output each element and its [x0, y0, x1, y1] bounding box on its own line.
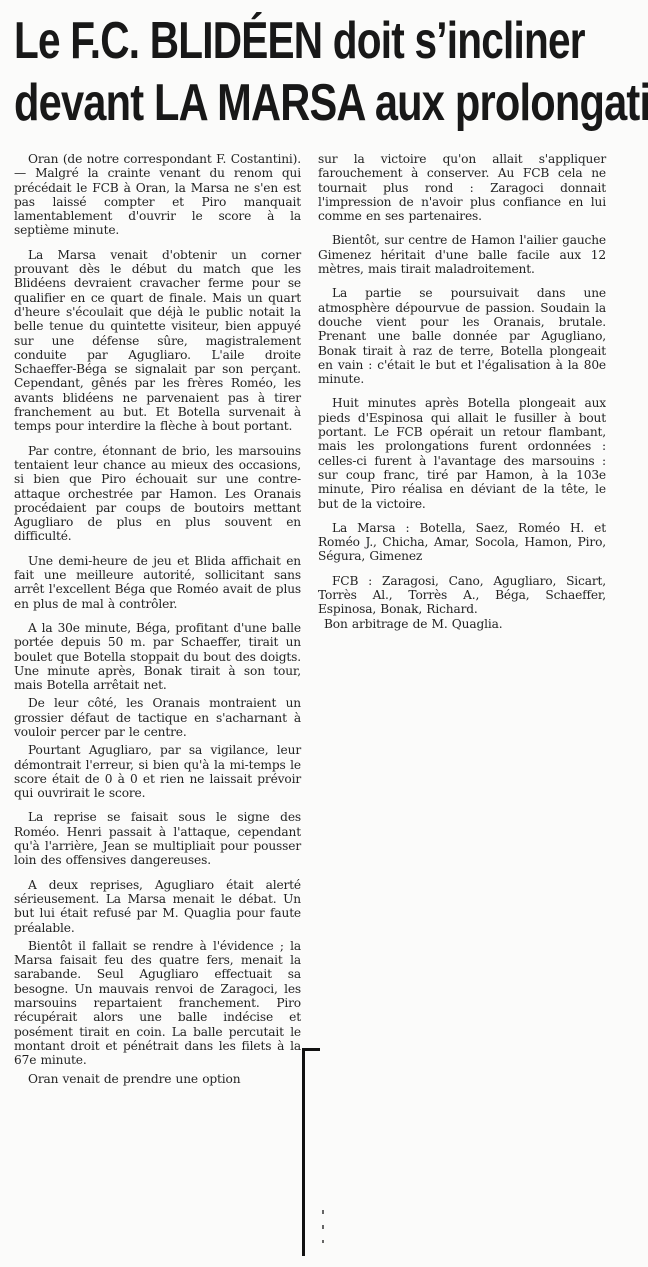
- referee-note: Bon arbitrage de M. Quaglia.: [318, 617, 606, 631]
- paragraph: Par contre, étonnant de brio, les marsou…: [14, 444, 301, 544]
- paragraph: Huit minutes après Botella plongeait aux…: [318, 396, 606, 510]
- paragraph: La partie se poursuivait dans une atmosp…: [318, 286, 606, 386]
- paragraph: Pourtant Agugliaro, par sa vigilance, le…: [14, 743, 301, 800]
- headline-line-1: Le F.C. BLIDÉEN doit s’incliner: [14, 10, 482, 72]
- lineup-fcb: FCB : Zaragosi, Cano, Agugliaro, Sicart,…: [318, 574, 606, 617]
- paragraph-continued: Oran venait de prendre une option: [14, 1072, 301, 1086]
- paragraph-intro: Oran (de notre correspondant F. Costanti…: [14, 152, 301, 238]
- newspaper-clipping: Le F.C. BLIDÉEN doit s’incliner devant L…: [0, 0, 648, 1267]
- paragraph: De leur côté, les Oranais montraient un …: [14, 696, 301, 739]
- column-divider-rule: [302, 1048, 305, 1256]
- paragraph: A deux reprises, Agugliaro était alerté …: [14, 878, 301, 935]
- lineup-la-marsa: La Marsa : Botella, Saez, Roméo H. et Ro…: [318, 521, 606, 564]
- article-column-left: Oran (de notre correspondant F. Costanti…: [14, 152, 301, 1086]
- paragraph: La Marsa venait d'obtenir un corner prou…: [14, 248, 301, 434]
- paragraph: La reprise se faisait sous le signe des …: [14, 810, 301, 867]
- paragraph: Une demi-heure de jeu et Blida affichait…: [14, 554, 301, 611]
- paragraph-continuation: sur la victoire qu'on allait s'appliquer…: [318, 152, 606, 223]
- article-column-right: sur la victoire qu'on allait s'appliquer…: [318, 152, 606, 641]
- print-speck: [322, 1210, 324, 1214]
- headline-line-2: devant LA MARSA aux prolongations: [14, 72, 494, 134]
- paragraph: Bientôt il fallait se rendre à l'évidenc…: [14, 939, 301, 1068]
- article-headline: Le F.C. BLIDÉEN doit s’incliner devant L…: [14, 10, 614, 134]
- print-speck: [322, 1225, 324, 1229]
- paragraph: A la 30e minute, Béga, profitant d'une b…: [14, 621, 301, 692]
- paragraph: Bientôt, sur centre de Hamon l'ailier ga…: [318, 233, 606, 276]
- print-speck: [322, 1240, 324, 1243]
